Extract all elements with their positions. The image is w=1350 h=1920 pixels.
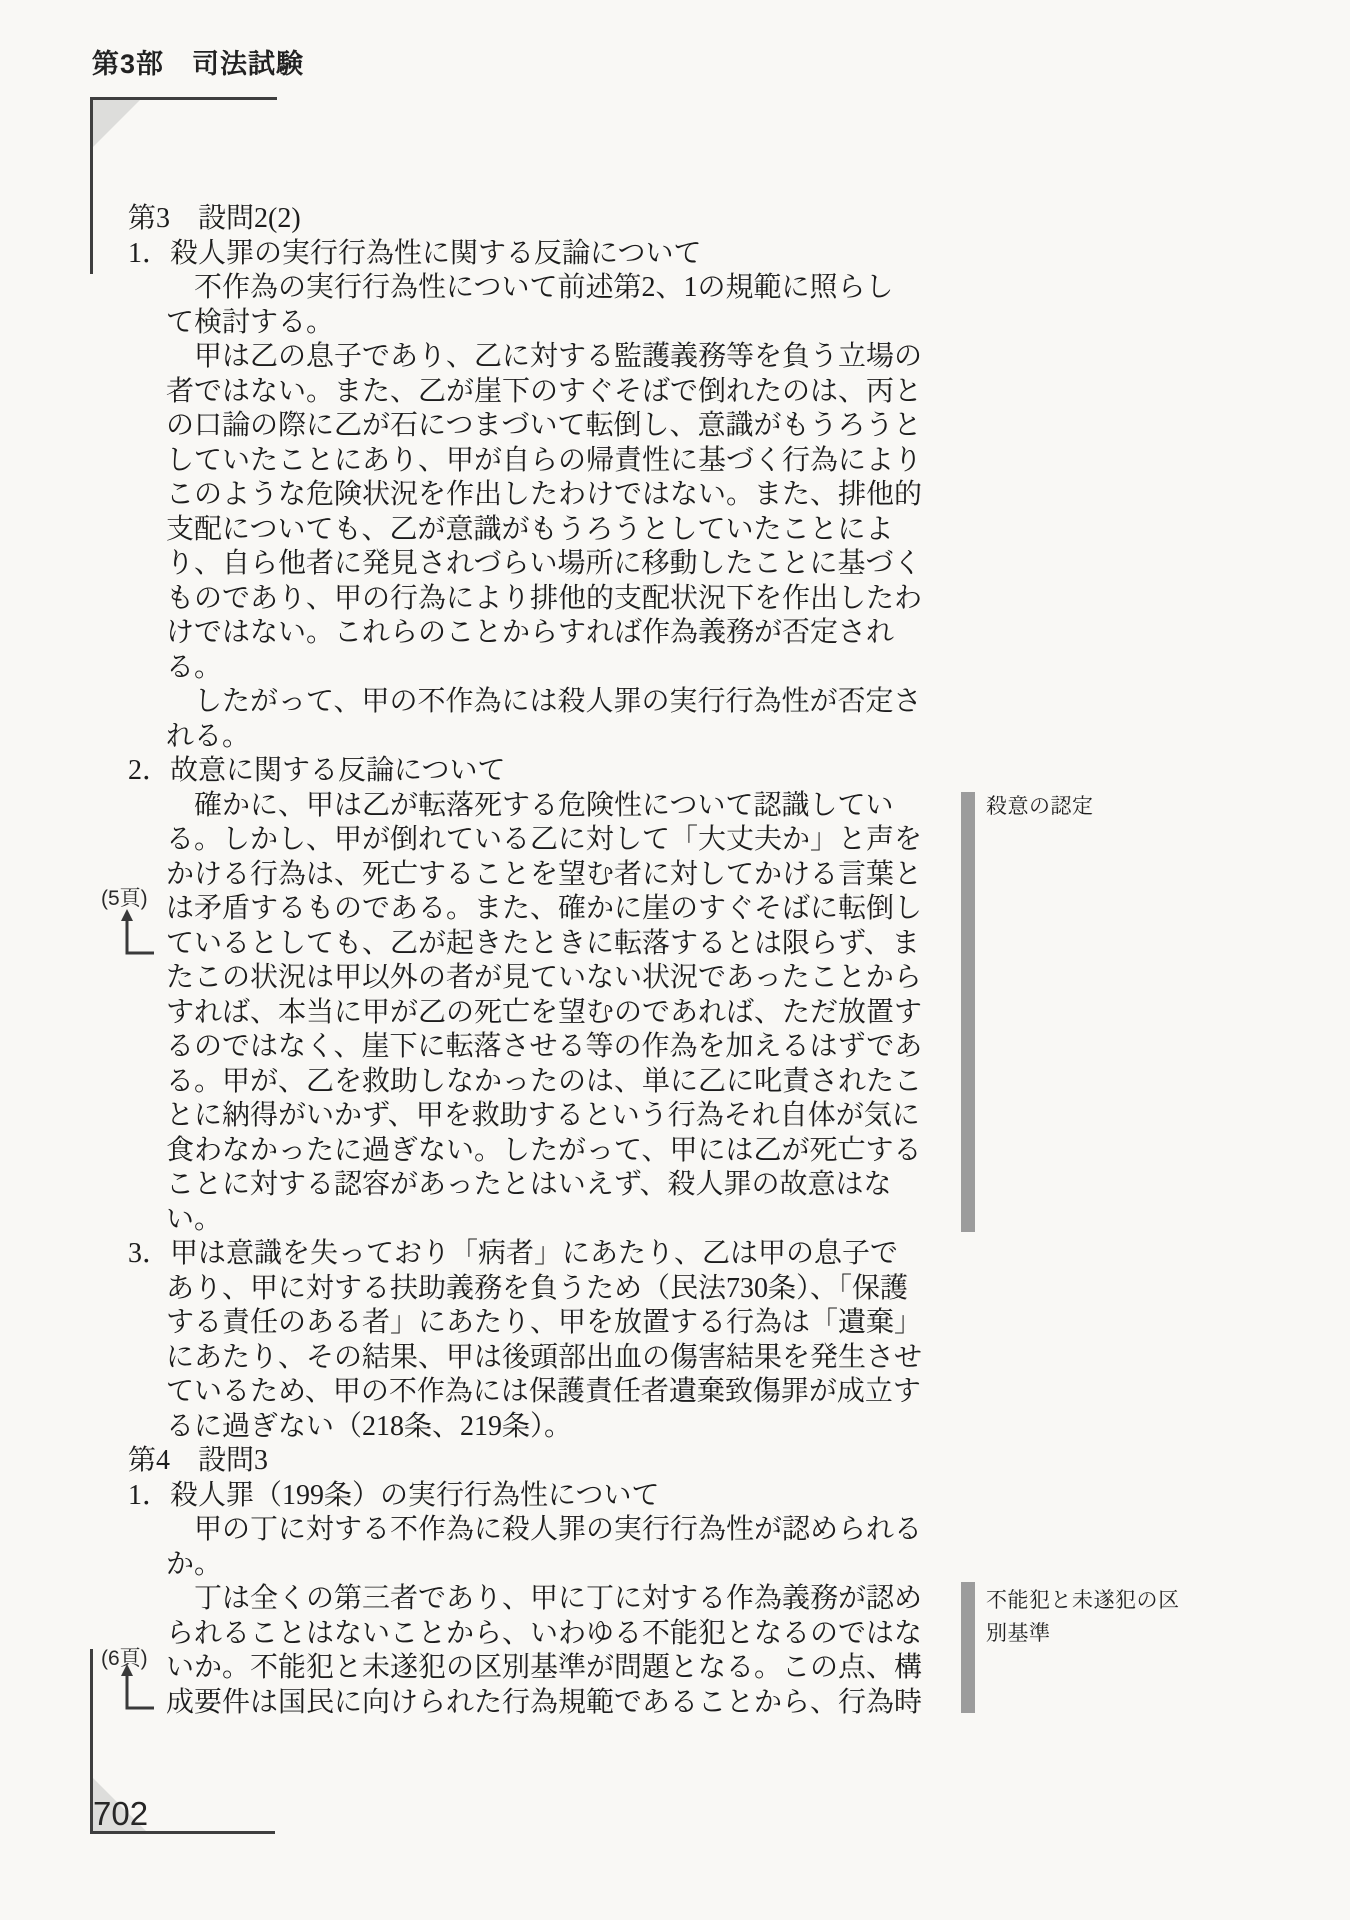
- margin-note-bar: [961, 792, 975, 1232]
- body-line: ているため、甲の不作為には保護責任者遺棄致傷罪が成立す: [128, 1375, 928, 1410]
- page-number: 702: [93, 1795, 148, 1833]
- body-line: いか。不能犯と未遂犯の区別基準が問題となる。この点、構: [128, 1651, 928, 1686]
- header-rule: [90, 97, 277, 100]
- page-ref-arrow-icon: [114, 908, 159, 960]
- body-line: 2．故意に関する反論について: [128, 754, 928, 789]
- body-line: とに納得がいかず、甲を救助するという行為それ自体が気に: [128, 1099, 928, 1134]
- body-line: 甲の丁に対する不作為に殺人罪の実行行為性が認められる: [128, 1513, 928, 1548]
- body-line: る。しかし、甲が倒れている乙に対して「大丈夫か」と声を: [128, 823, 928, 858]
- body-line: は矛盾するものである。また、確かに崖のすぐそばに転倒し: [128, 892, 928, 927]
- body-line: たこの状況は甲以外の者が見ていない状況であったことから: [128, 961, 928, 996]
- margin-note-label: 殺意の認定: [986, 790, 1216, 823]
- body-line: していたことにあり、甲が自らの帰責性に基づく行為により: [128, 444, 928, 479]
- body-line: ことに対する認容があったとはいえず、殺人罪の故意はな: [128, 1168, 928, 1203]
- chapter-header: 第3部 司法試験: [92, 42, 304, 81]
- body-line: 確かに、甲は乙が転落死する危険性について認識してい: [128, 789, 928, 824]
- page-ref-arrow-icon: [114, 1663, 159, 1715]
- body-line: の口論の際に乙が石につまづいて転倒し、意識がもうろうと: [128, 409, 928, 444]
- body-line: れる。: [128, 720, 928, 755]
- body-line: 1．殺人罪（199条）の実行行為性について: [128, 1479, 928, 1514]
- margin-note-bar: [961, 1582, 975, 1713]
- body-text: 第3 設問2(2)1．殺人罪の実行行為性に関する反論について不作為の実行行為性に…: [128, 202, 928, 1720]
- body-line: にあたり、その結果、甲は後頭部出血の傷害結果を発生させ: [128, 1341, 928, 1376]
- body-line: ものであり、甲の行為により排他的支配状況下を作出したわ: [128, 582, 928, 617]
- body-line: 1．殺人罪の実行行為性に関する反論について: [128, 237, 928, 272]
- body-line: 不作為の実行行為性について前述第2、1の規範に照らし: [128, 271, 928, 306]
- body-line: 食わなかったに過ぎない。したがって、甲には乙が死亡する: [128, 1134, 928, 1169]
- body-line: したがって、甲の不作為には殺人罪の実行行為性が否定さ: [128, 685, 928, 720]
- body-line: て検討する。: [128, 306, 928, 341]
- book-page: 第3部 司法試験 第3 設問2(2)1．殺人罪の実行行為性に関する反論について不…: [0, 0, 1350, 1920]
- body-line: り、自ら他者に発見されづらい場所に移動したことに基づく: [128, 547, 928, 582]
- body-line: る。甲が、乙を救助しなかったのは、単に乙に叱責されたこ: [128, 1065, 928, 1100]
- body-line: るに過ぎない（218条、219条）。: [128, 1410, 928, 1445]
- body-line: すれば、本当に甲が乙の死亡を望むのであれば、ただ放置す: [128, 996, 928, 1031]
- corner-triangle-top: [93, 100, 140, 147]
- body-line: 者ではない。また、乙が崖下のすぐそばで倒れたのは、丙と: [128, 375, 928, 410]
- left-border-rule-top: [90, 97, 93, 274]
- body-line: 第3 設問2(2): [128, 202, 928, 237]
- body-line: られることはないことから、いわゆる不能犯となるのではな: [128, 1617, 928, 1652]
- body-line: る。: [128, 651, 928, 686]
- body-line: けではない。これらのことからすれば作為義務が否定され: [128, 616, 928, 651]
- body-line: 3．甲は意識を失っており「病者」にあたり、乙は甲の息子で: [128, 1237, 928, 1272]
- body-line: あり、甲に対する扶助義務を負うため（民法730条）、「保護: [128, 1272, 928, 1307]
- body-line: か。: [128, 1548, 928, 1583]
- body-line: 成要件は国民に向けられた行為規範であることから、行為時: [128, 1686, 928, 1721]
- body-line: する責任のある者」にあたり、甲を放置する行為は「遺棄」: [128, 1306, 928, 1341]
- body-line: 甲は乙の息子であり、乙に対する監護義務等を負う立場の: [128, 340, 928, 375]
- margin-note-label: 不能犯と未遂犯の区別基準: [986, 1584, 1184, 1650]
- body-line: るのではなく、崖下に転落させる等の作為を加えるはずであ: [128, 1030, 928, 1065]
- body-line: かける行為は、死亡することを望む者に対してかける言葉と: [128, 858, 928, 893]
- body-line: い。: [128, 1203, 928, 1238]
- body-line: このような危険状況を作出したわけではない。また、排他的: [128, 478, 928, 513]
- body-line: ているとしても、乙が起きたときに転落するとは限らず、ま: [128, 927, 928, 962]
- body-line: 第4 設問3: [128, 1444, 928, 1479]
- body-line: 丁は全くの第三者であり、甲に丁に対する作為義務が認め: [128, 1582, 928, 1617]
- body-line: 支配についても、乙が意識がもうろうとしていたことによ: [128, 513, 928, 548]
